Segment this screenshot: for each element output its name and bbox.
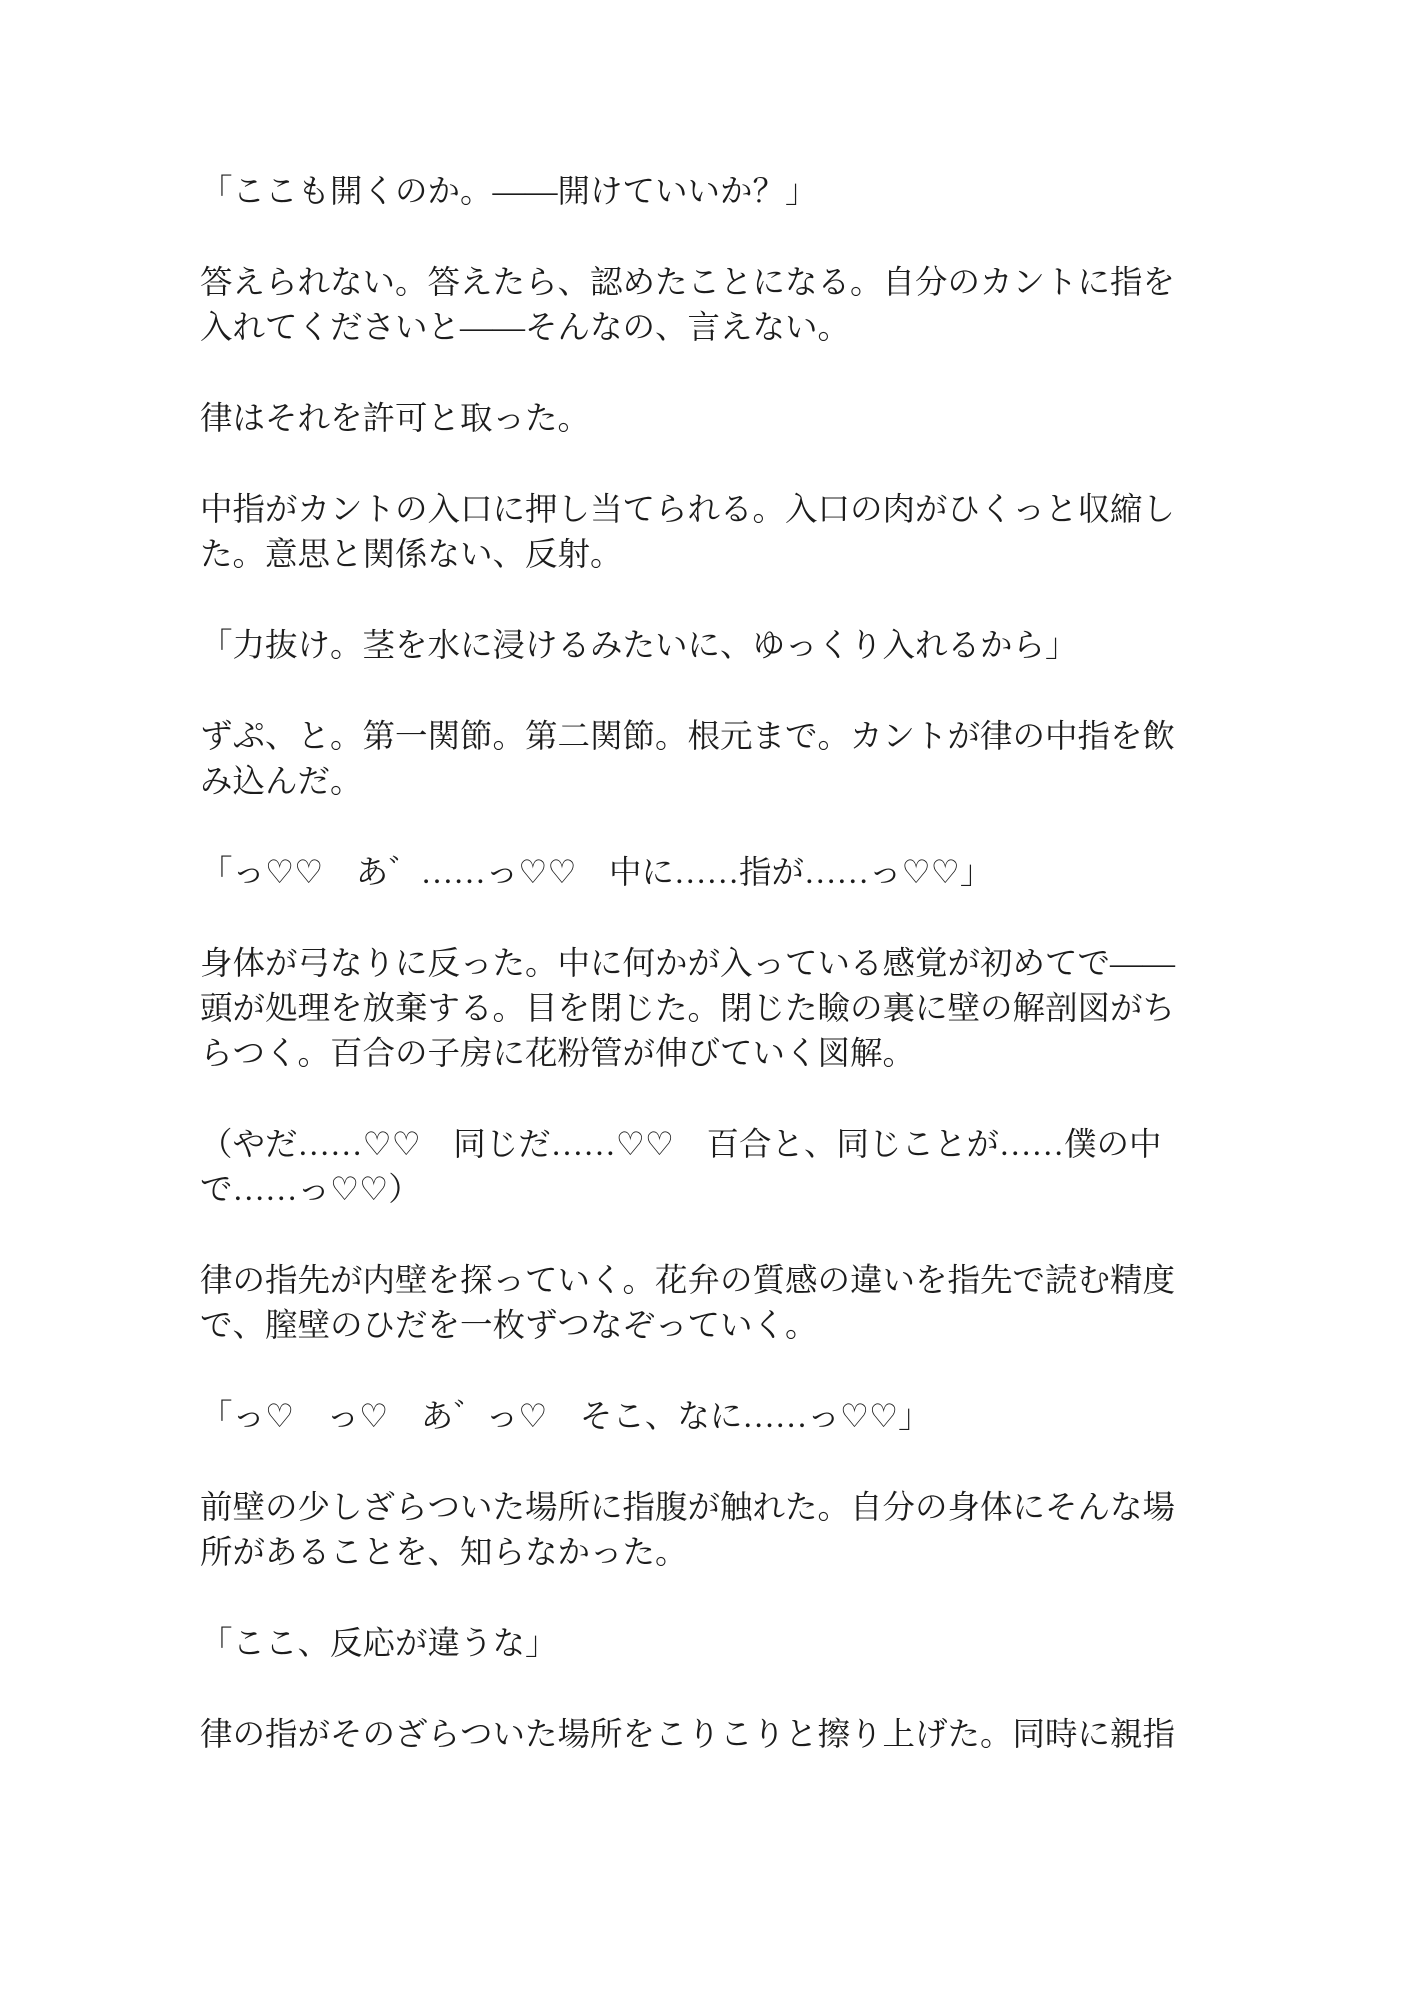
paragraph: 答えられない。答えたら、認めたことになる。自分のカントに指を入れてくださいと——… <box>200 261 1185 351</box>
text-line: で、膣壁のひだを一枚ずつなぞっていく。 <box>200 1304 1185 1349</box>
paragraph: ずぷ、と。第一関節。第二関節。根元まで。カントが律の中指を飲み込んだ。 <box>200 715 1185 805</box>
text-line: 答えられない。答えたら、認めたことになる。自分のカントに指を <box>200 261 1185 306</box>
paragraph: 「ここも開くのか。——開けていいか？」 <box>200 170 1185 215</box>
text-body: 「ここも開くのか。——開けていいか？」答えられない。答えたら、認めたことになる。… <box>200 170 1185 1758</box>
text-line: 「っ♡♡ あ゛……っ♡♡ 中に……指が……っ♡♡」 <box>200 851 1185 896</box>
paragraph: 律の指がそのざらついた場所をこりこりと擦り上げた。同時に親指 <box>200 1713 1185 1758</box>
paragraph: 身体が弓なりに反った。中に何かが入っている感覚が初めてで——頭が処理を放棄する。… <box>200 942 1185 1077</box>
text-line: 律はそれを許可と取った。 <box>200 397 1185 442</box>
text-line: 「ここ、反応が違うな」 <box>200 1622 1185 1667</box>
text-line: 「ここも開くのか。——開けていいか？」 <box>200 170 1185 215</box>
text-line: 律の指がそのざらついた場所をこりこりと擦り上げた。同時に親指 <box>200 1713 1185 1758</box>
text-line: 所があることを、知らなかった。 <box>200 1531 1185 1576</box>
text-line: らつく。百合の子房に花粉管が伸びていく図解。 <box>200 1032 1185 1077</box>
paragraph: 「っ♡♡ あ゛……っ♡♡ 中に……指が……っ♡♡」 <box>200 851 1185 896</box>
text-line: で……っ♡♡） <box>200 1168 1185 1213</box>
text-line: 「っ♡ っ♡ あ゛っ♡ そこ、なに……っ♡♡」 <box>200 1395 1185 1440</box>
document-page: 「ここも開くのか。——開けていいか？」答えられない。答えたら、認めたことになる。… <box>0 0 1415 2000</box>
paragraph: 中指がカントの入口に押し当てられる。入口の肉がひくっと収縮した。意思と関係ない、… <box>200 488 1185 578</box>
paragraph: （やだ……♡♡ 同じだ……♡♡ 百合と、同じことが……僕の中で……っ♡♡） <box>200 1123 1185 1213</box>
text-line: 前壁の少しざらついた場所に指腹が触れた。自分の身体にそんな場 <box>200 1486 1185 1531</box>
text-line: 入れてくださいと——そんなの、言えない。 <box>200 306 1185 351</box>
paragraph: 律はそれを許可と取った。 <box>200 397 1185 442</box>
text-line: 中指がカントの入口に押し当てられる。入口の肉がひくっと収縮し <box>200 488 1185 533</box>
text-line: 身体が弓なりに反った。中に何かが入っている感覚が初めてで—— <box>200 942 1185 987</box>
paragraph: 「力抜け。茎を水に浸けるみたいに、ゆっくり入れるから」 <box>200 624 1185 669</box>
paragraph: 「ここ、反応が違うな」 <box>200 1622 1185 1667</box>
paragraph: 律の指先が内壁を探っていく。花弁の質感の違いを指先で読む精度で、膣壁のひだを一枚… <box>200 1259 1185 1349</box>
text-line: み込んだ。 <box>200 760 1185 805</box>
text-line: 律の指先が内壁を探っていく。花弁の質感の違いを指先で読む精度 <box>200 1259 1185 1304</box>
text-line: 「力抜け。茎を水に浸けるみたいに、ゆっくり入れるから」 <box>200 624 1185 669</box>
paragraph: 「っ♡ っ♡ あ゛っ♡ そこ、なに……っ♡♡」 <box>200 1395 1185 1440</box>
text-line: 頭が処理を放棄する。目を閉じた。閉じた瞼の裏に壁の解剖図がち <box>200 987 1185 1032</box>
paragraph: 前壁の少しざらついた場所に指腹が触れた。自分の身体にそんな場所があることを、知ら… <box>200 1486 1185 1576</box>
text-line: た。意思と関係ない、反射。 <box>200 533 1185 578</box>
text-line: （やだ……♡♡ 同じだ……♡♡ 百合と、同じことが……僕の中 <box>200 1123 1185 1168</box>
text-line: ずぷ、と。第一関節。第二関節。根元まで。カントが律の中指を飲 <box>200 715 1185 760</box>
